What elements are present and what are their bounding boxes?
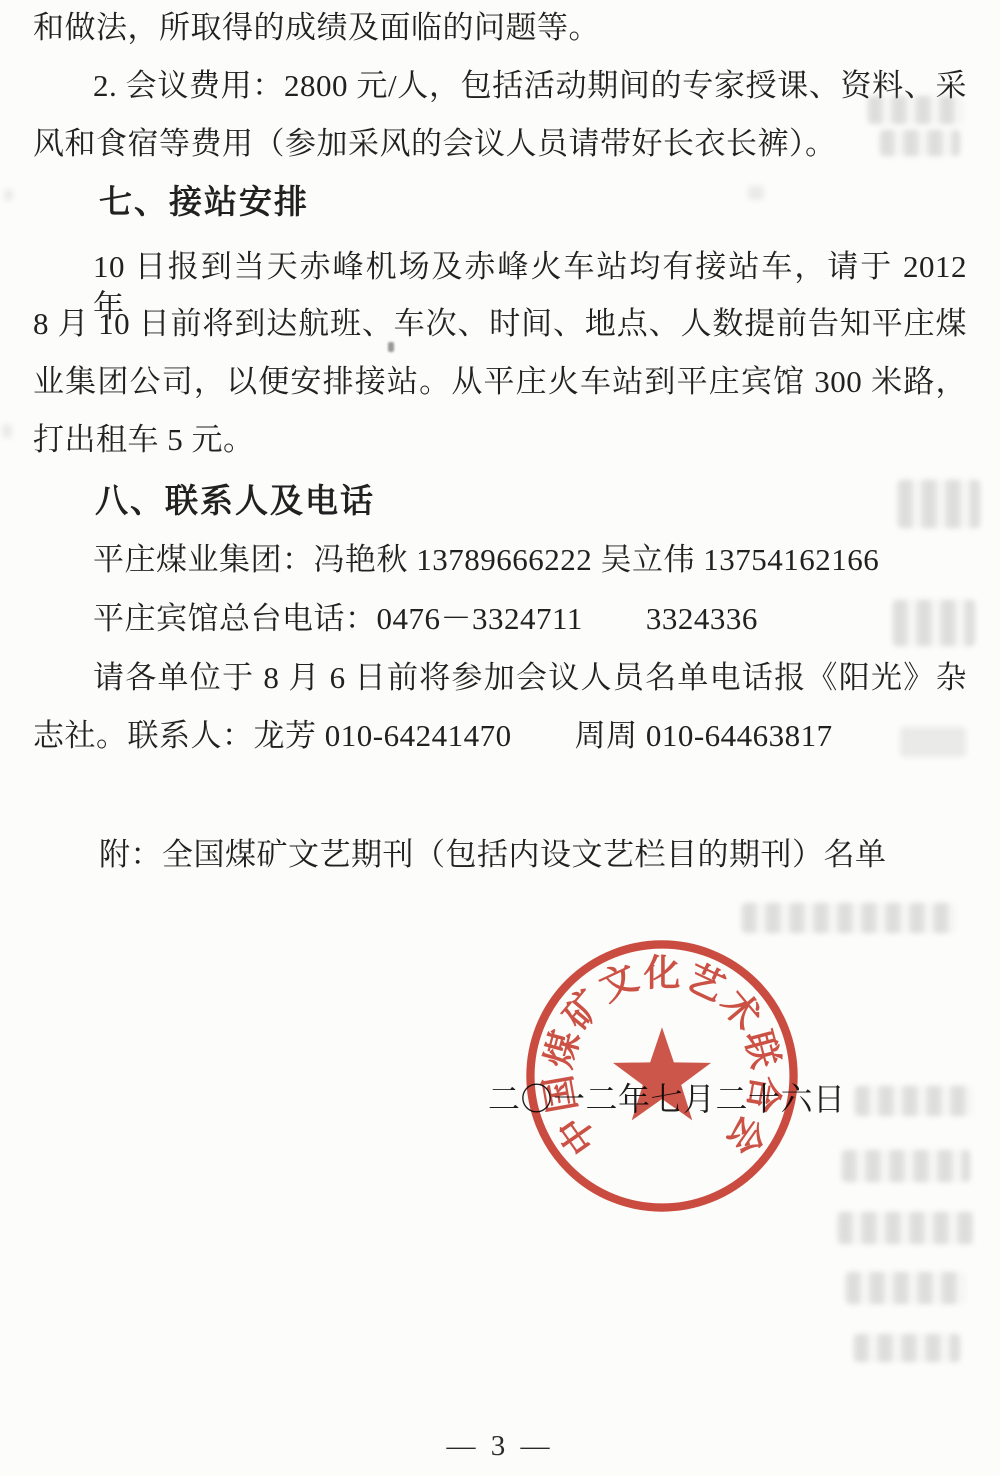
bleedthrough-smudge — [855, 1086, 973, 1116]
bleedthrough-smudge — [868, 96, 964, 124]
body-line: 8 月 10 日前将到达航班、车次、时间、地点、人数提前告知平庄煤 — [33, 304, 967, 344]
attachment-note: 附：全国煤矿文艺期刊（包括内设文艺栏目的期刊）名单 — [99, 835, 887, 875]
contact-line: 平庄宾馆总台电话：0476－3324711 3324336 — [93, 599, 758, 639]
bleedthrough-smudge — [900, 727, 966, 757]
official-seal: 中 国 煤 矿 文 化 艺 术 联 合 会 — [524, 938, 800, 1214]
bleedthrough-smudge — [880, 130, 960, 156]
contact-line: 志社。联系人：龙芳 010-64241470 周周 010-64463817 — [33, 716, 833, 756]
seal-character: 化 — [643, 952, 681, 993]
seal-character: 国 — [537, 1072, 584, 1115]
bleedthrough-smudge — [854, 1334, 960, 1362]
section-heading-contacts: 八、联系人及电话 — [95, 481, 375, 521]
contact-line: 平庄煤业集团：冯艳秋 13789666222 吴立伟 13754162166 — [93, 540, 879, 580]
bleedthrough-smudge — [4, 189, 13, 201]
body-line: 业集团公司，以便安排接站。从平庄火车站到平庄宾馆 300 米路， — [33, 362, 967, 402]
body-line: 请各单位于 8 月 6 日前将参加会议人员名单电话报《阳光》杂 — [93, 658, 967, 698]
bleedthrough-smudge — [898, 480, 980, 528]
section-heading-pickup: 七、接站安排 — [99, 182, 309, 222]
seal-character: 联 — [737, 1026, 786, 1072]
bleedthrough-smudge — [2, 424, 12, 438]
body-line: 2. 会议费用：2800 元/人，包括活动期间的专家授课、资料、采 — [93, 66, 967, 106]
seal-character: 合 — [740, 1072, 787, 1116]
stray-ink-mark — [388, 342, 394, 352]
bleedthrough-smudge — [846, 1272, 966, 1304]
star-icon — [613, 1027, 711, 1120]
bleedthrough-smudge — [838, 1212, 974, 1244]
seal-character: 煤 — [538, 1026, 587, 1073]
bleedthrough-smudge — [842, 1150, 970, 1182]
bleedthrough-smudge — [893, 600, 975, 646]
page-number: — 3 — — [0, 1430, 1000, 1463]
body-line: 打出租车 5 元。 — [33, 420, 255, 460]
bleedthrough-smudge — [748, 186, 764, 200]
bleedthrough-smudge — [742, 903, 956, 933]
body-line: 风和食宿等费用（参加采风的会议人员请带好长衣长裤）。 — [33, 124, 837, 164]
document-page: 和做法，所取得的成绩及面临的问题等。 2. 会议费用：2800 元/人，包括活动… — [0, 0, 1000, 1476]
body-line: 和做法，所取得的成绩及面临的问题等。 — [33, 8, 600, 48]
